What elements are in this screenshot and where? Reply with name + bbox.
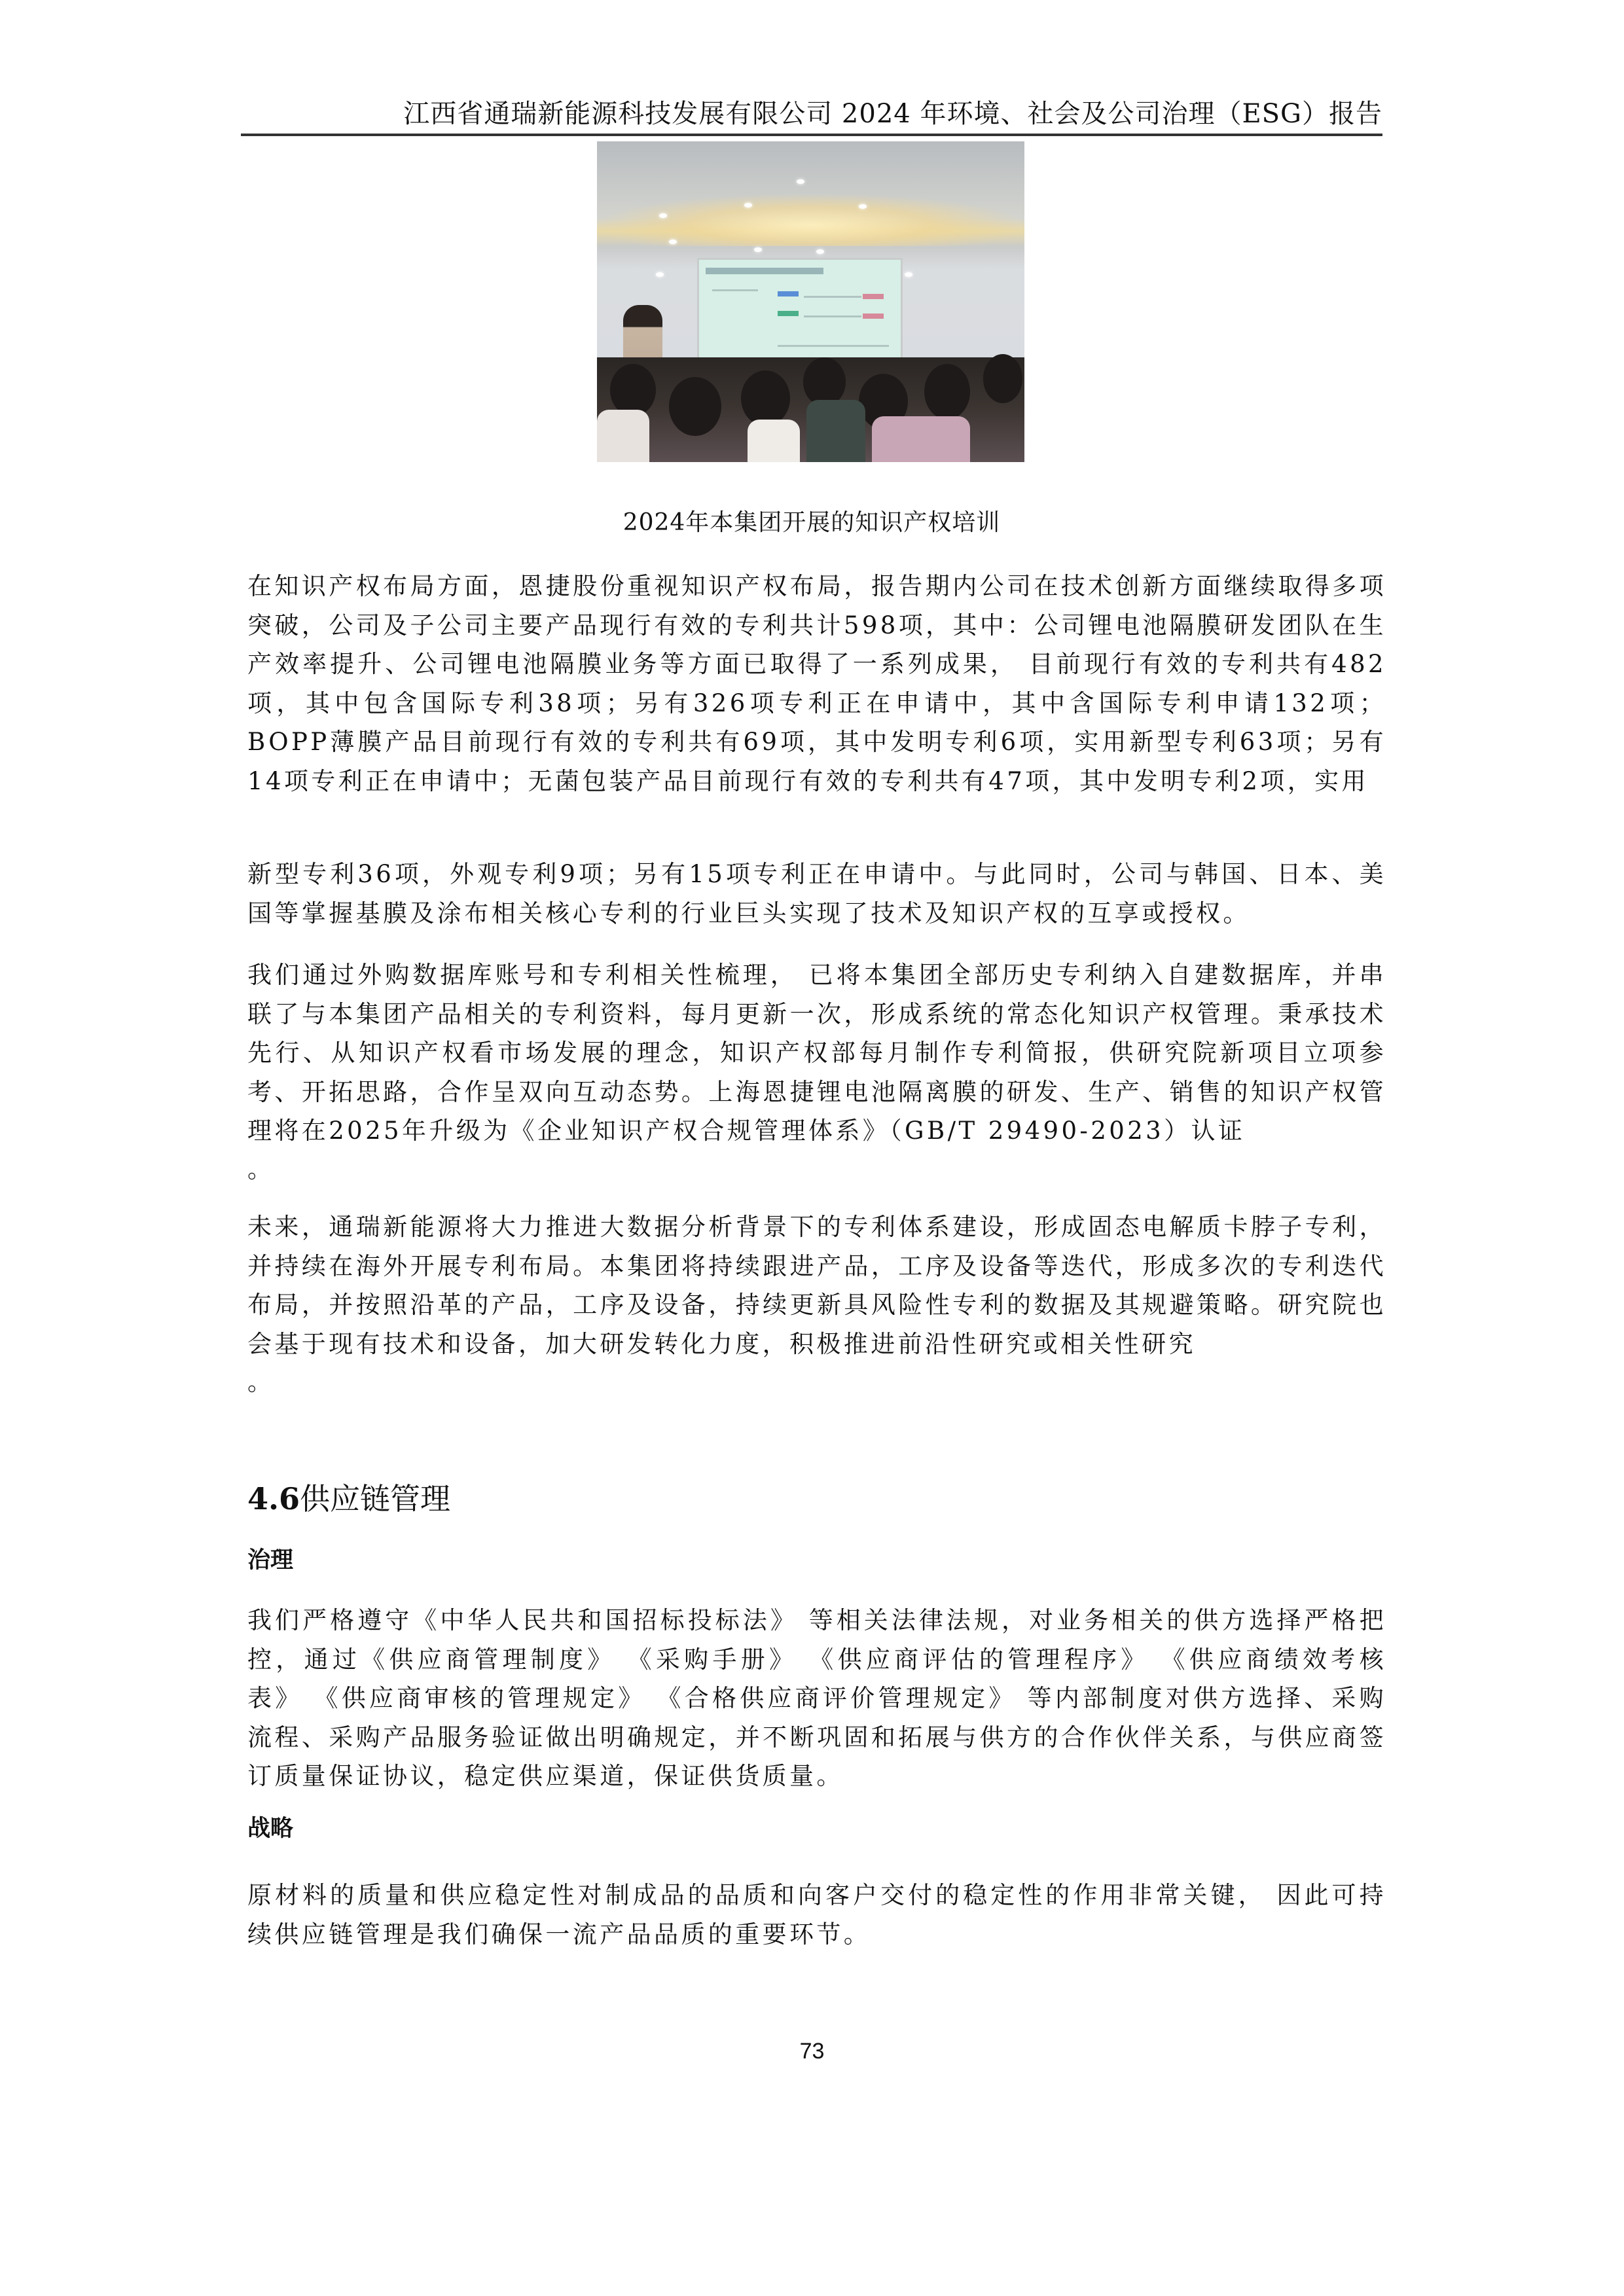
slide-diagram-box bbox=[778, 311, 799, 316]
audience-shirt bbox=[748, 420, 800, 462]
ip-layout-paragraph: 在知识产权布局方面，恩捷股份重视知识产权布局，报告期内公司在技术创新方面继续取得… bbox=[247, 567, 1386, 800]
future-plan-paragraph-end: 。 bbox=[247, 1363, 1386, 1402]
ceiling-light bbox=[744, 203, 752, 207]
slide-diagram-box bbox=[863, 294, 884, 299]
ceiling-light bbox=[656, 272, 664, 277]
header-divider bbox=[241, 134, 1382, 136]
section-heading: 4.6供应链管理 bbox=[247, 1478, 450, 1520]
ceiling-light bbox=[859, 204, 867, 209]
section-number: 4.6 bbox=[247, 1481, 300, 1516]
audience-head bbox=[924, 364, 970, 420]
ceiling-light bbox=[797, 179, 804, 184]
audience-shirt bbox=[872, 416, 970, 462]
patent-database-paragraph: 我们通过外购数据库账号和专利相关性梳理， 已将本集团全部历史专利纳入自建数据库，… bbox=[247, 956, 1386, 1151]
strategy-paragraph: 原材料的质量和供应稳定性对制成品的品质和向客户交付的稳定性的作用非常关键， 因此… bbox=[247, 1876, 1386, 1954]
report-header-title: 江西省通瑞新能源科技发展有限公司 2024 年环境、社会及公司治理（ESG）报告 bbox=[241, 97, 1382, 131]
slide-text-line bbox=[778, 345, 889, 347]
audience-head bbox=[741, 370, 790, 426]
audience-head bbox=[669, 377, 721, 436]
slide-connector bbox=[804, 315, 861, 317]
slide-text-line bbox=[712, 289, 758, 291]
ceiling-light bbox=[905, 272, 912, 277]
page-number: 73 bbox=[0, 2037, 1624, 2066]
audience-head bbox=[983, 354, 1022, 403]
ceiling-light bbox=[669, 240, 677, 244]
section-title: 供应链管理 bbox=[300, 1481, 450, 1516]
audience-shirt bbox=[806, 400, 865, 462]
strategy-subheading: 战略 bbox=[247, 1813, 293, 1844]
audience-head bbox=[610, 364, 656, 416]
governance-subheading: 治理 bbox=[247, 1545, 293, 1576]
audience-head bbox=[803, 357, 846, 406]
slide-diagram-box bbox=[863, 314, 884, 319]
slide-diagram-box bbox=[778, 291, 799, 296]
figure-caption: 2024年本集团开展的知识产权培训 bbox=[241, 507, 1382, 539]
slide-connector bbox=[804, 296, 861, 298]
audience-shirt bbox=[597, 410, 649, 462]
ceiling-light bbox=[754, 247, 762, 252]
future-plan-paragraph: 未来，通瑞新能源将大力推进大数据分析背景下的专利体系建设，形成固态电解质卡脖子专… bbox=[247, 1208, 1386, 1363]
ip-layout-paragraph-continued: 新型专利36项，外观专利9项；另有15项专利正在申请中。与此同时，公司与韩国、日… bbox=[247, 855, 1386, 933]
ceiling-light bbox=[659, 213, 667, 218]
governance-paragraph: 我们严格遵守《中华人民共和国招标投标法》 等相关法律法规，对业务相关的供方选择严… bbox=[247, 1601, 1386, 1796]
ceiling-light-ring bbox=[597, 194, 1024, 246]
ceiling-light bbox=[816, 249, 824, 254]
training-session-photo bbox=[597, 141, 1024, 462]
patent-database-paragraph-end: 。 bbox=[247, 1150, 1386, 1189]
slide-title-bar bbox=[706, 268, 823, 274]
